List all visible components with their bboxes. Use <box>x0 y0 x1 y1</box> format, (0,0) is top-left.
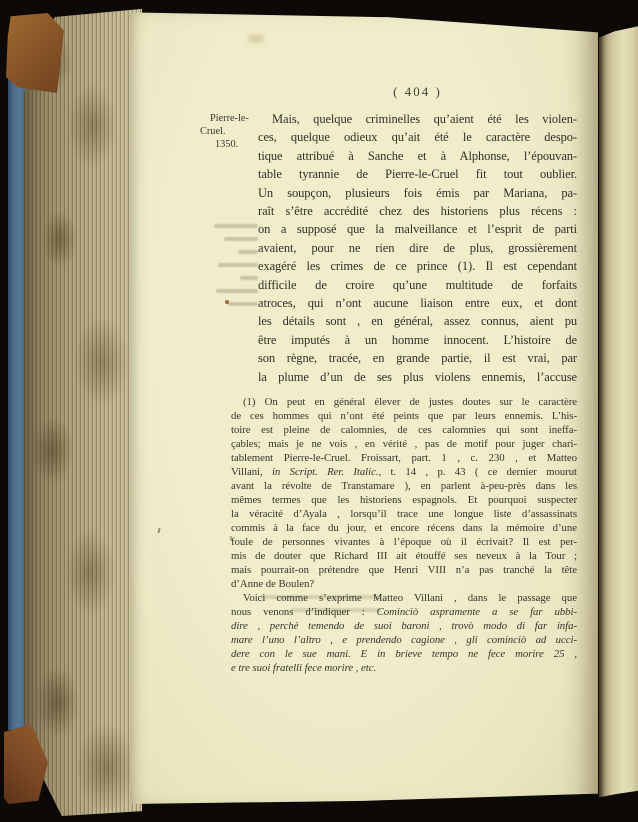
text-line: avaient, pour ne rien dire de plus, gros… <box>258 239 577 257</box>
text-line: nous venons d’indiquer : Cominciò aspram… <box>231 605 577 619</box>
text-line: Cruel. <box>200 126 262 139</box>
page-edges-marbled <box>24 4 142 816</box>
showthrough-mark <box>238 250 258 254</box>
text-line: table tyrannie de Pierre-le-Cruel fit to… <box>258 165 577 183</box>
text-line: mais pourrait-on prétendre que Henri VII… <box>231 563 577 577</box>
text-line: raît s’être accrédité chez des historien… <box>258 202 577 220</box>
showthrough-mark <box>214 224 258 228</box>
text-line: la plume d’un de ses plus violens ennemi… <box>258 368 577 386</box>
facing-page-sliver <box>599 0 638 822</box>
showthrough-mark <box>224 237 258 241</box>
page-number-header: ( 404 ) <box>258 84 577 100</box>
text-line: la véracité d’Ayala , lorsqu’il trace un… <box>231 507 577 521</box>
showthrough-mark <box>216 289 258 293</box>
showthrough-margin-notes <box>196 215 258 306</box>
text-line: e tre suoi fratelli fece morire , etc. <box>231 661 577 675</box>
text-line: on a supposé que la malveillance et l’es… <box>258 220 577 238</box>
text-line: Villani, in Script. Rer. Italic., t. 14 … <box>231 465 577 479</box>
text-line: Pierre-le- <box>210 113 262 126</box>
text-line: d’Anne de Boulen? <box>231 577 577 591</box>
text-line: 1350. <box>215 139 262 152</box>
leather-corner-top <box>6 13 64 93</box>
main-paragraph: Mais, quelque criminelles qu’aient été l… <box>258 110 577 386</box>
text-line: être imputés à un homme innocent. L’hist… <box>258 331 577 349</box>
text-line: çables; mais je ne vois , en vérité , pa… <box>231 437 577 451</box>
text-line: les détails sont , en général, assez con… <box>258 312 577 330</box>
showthrough-mark <box>228 302 258 306</box>
text-line: tablement Pierre-le-Cruel. Froissart, pa… <box>231 451 577 465</box>
book-page: ( 404 ) Pierre-le-Cruel.1350. Mais, quel… <box>130 10 598 808</box>
text-line: dere con le sue mani. E in brieve tempo … <box>231 647 577 661</box>
text-line: ces, quelque odieux qu’ait été le caract… <box>258 128 577 146</box>
text-line: toire est pleine de calomnies, de ces ca… <box>231 423 577 437</box>
showthrough-mark <box>218 263 258 267</box>
text-line: Un soupçon, plusieurs fois émis par Mari… <box>258 184 577 202</box>
text-line: dire , perchè temendo de suoi baroni , t… <box>231 619 577 633</box>
text-line: Mais, quelque criminelles qu’aient été l… <box>258 110 577 128</box>
margin-note: Pierre-le-Cruel.1350. <box>200 113 262 151</box>
paper-speck <box>157 528 160 533</box>
text-line: foule de personnes vivantes à l’époque o… <box>231 535 577 549</box>
text-line: mare l’uno l’altro , e prendendo cagione… <box>231 633 577 647</box>
text-line: de ces hommes qui n’ont été peints que p… <box>231 409 577 423</box>
text-line: difficile de croire qu’une multitude de … <box>258 276 577 294</box>
footnote-block: (1) On peut en général élever de justes … <box>231 395 577 675</box>
scanned-book-photo: ( 404 ) Pierre-le-Cruel.1350. Mais, quel… <box>0 0 638 822</box>
text-line: exagéré les crimes de ce prince (1). Il … <box>258 257 577 275</box>
text-line: avant la révolte de Transtamare ), en pa… <box>231 479 577 493</box>
text-line: tique attribué à Sanche et à Alphonse, l… <box>258 147 577 165</box>
text-line: (1) On peut en général élever de justes … <box>231 395 577 409</box>
text-line: mêmes termes que les historiens espagnol… <box>231 493 577 507</box>
text-line: commis à la face du jour, et encore réce… <box>231 521 577 535</box>
text-line: Voici comme s’exprime Matteo Villani , d… <box>231 591 577 605</box>
paper-stain <box>248 34 264 43</box>
showthrough-mark <box>240 276 258 280</box>
text-line: mis de douter que Richard III ait étouff… <box>231 549 577 563</box>
text-line: atroces, qui n’ont aucune liaison entre … <box>258 294 577 312</box>
text-line: son règne, tracée, en grande partie, il … <box>258 349 577 367</box>
paper-speck <box>225 300 229 304</box>
